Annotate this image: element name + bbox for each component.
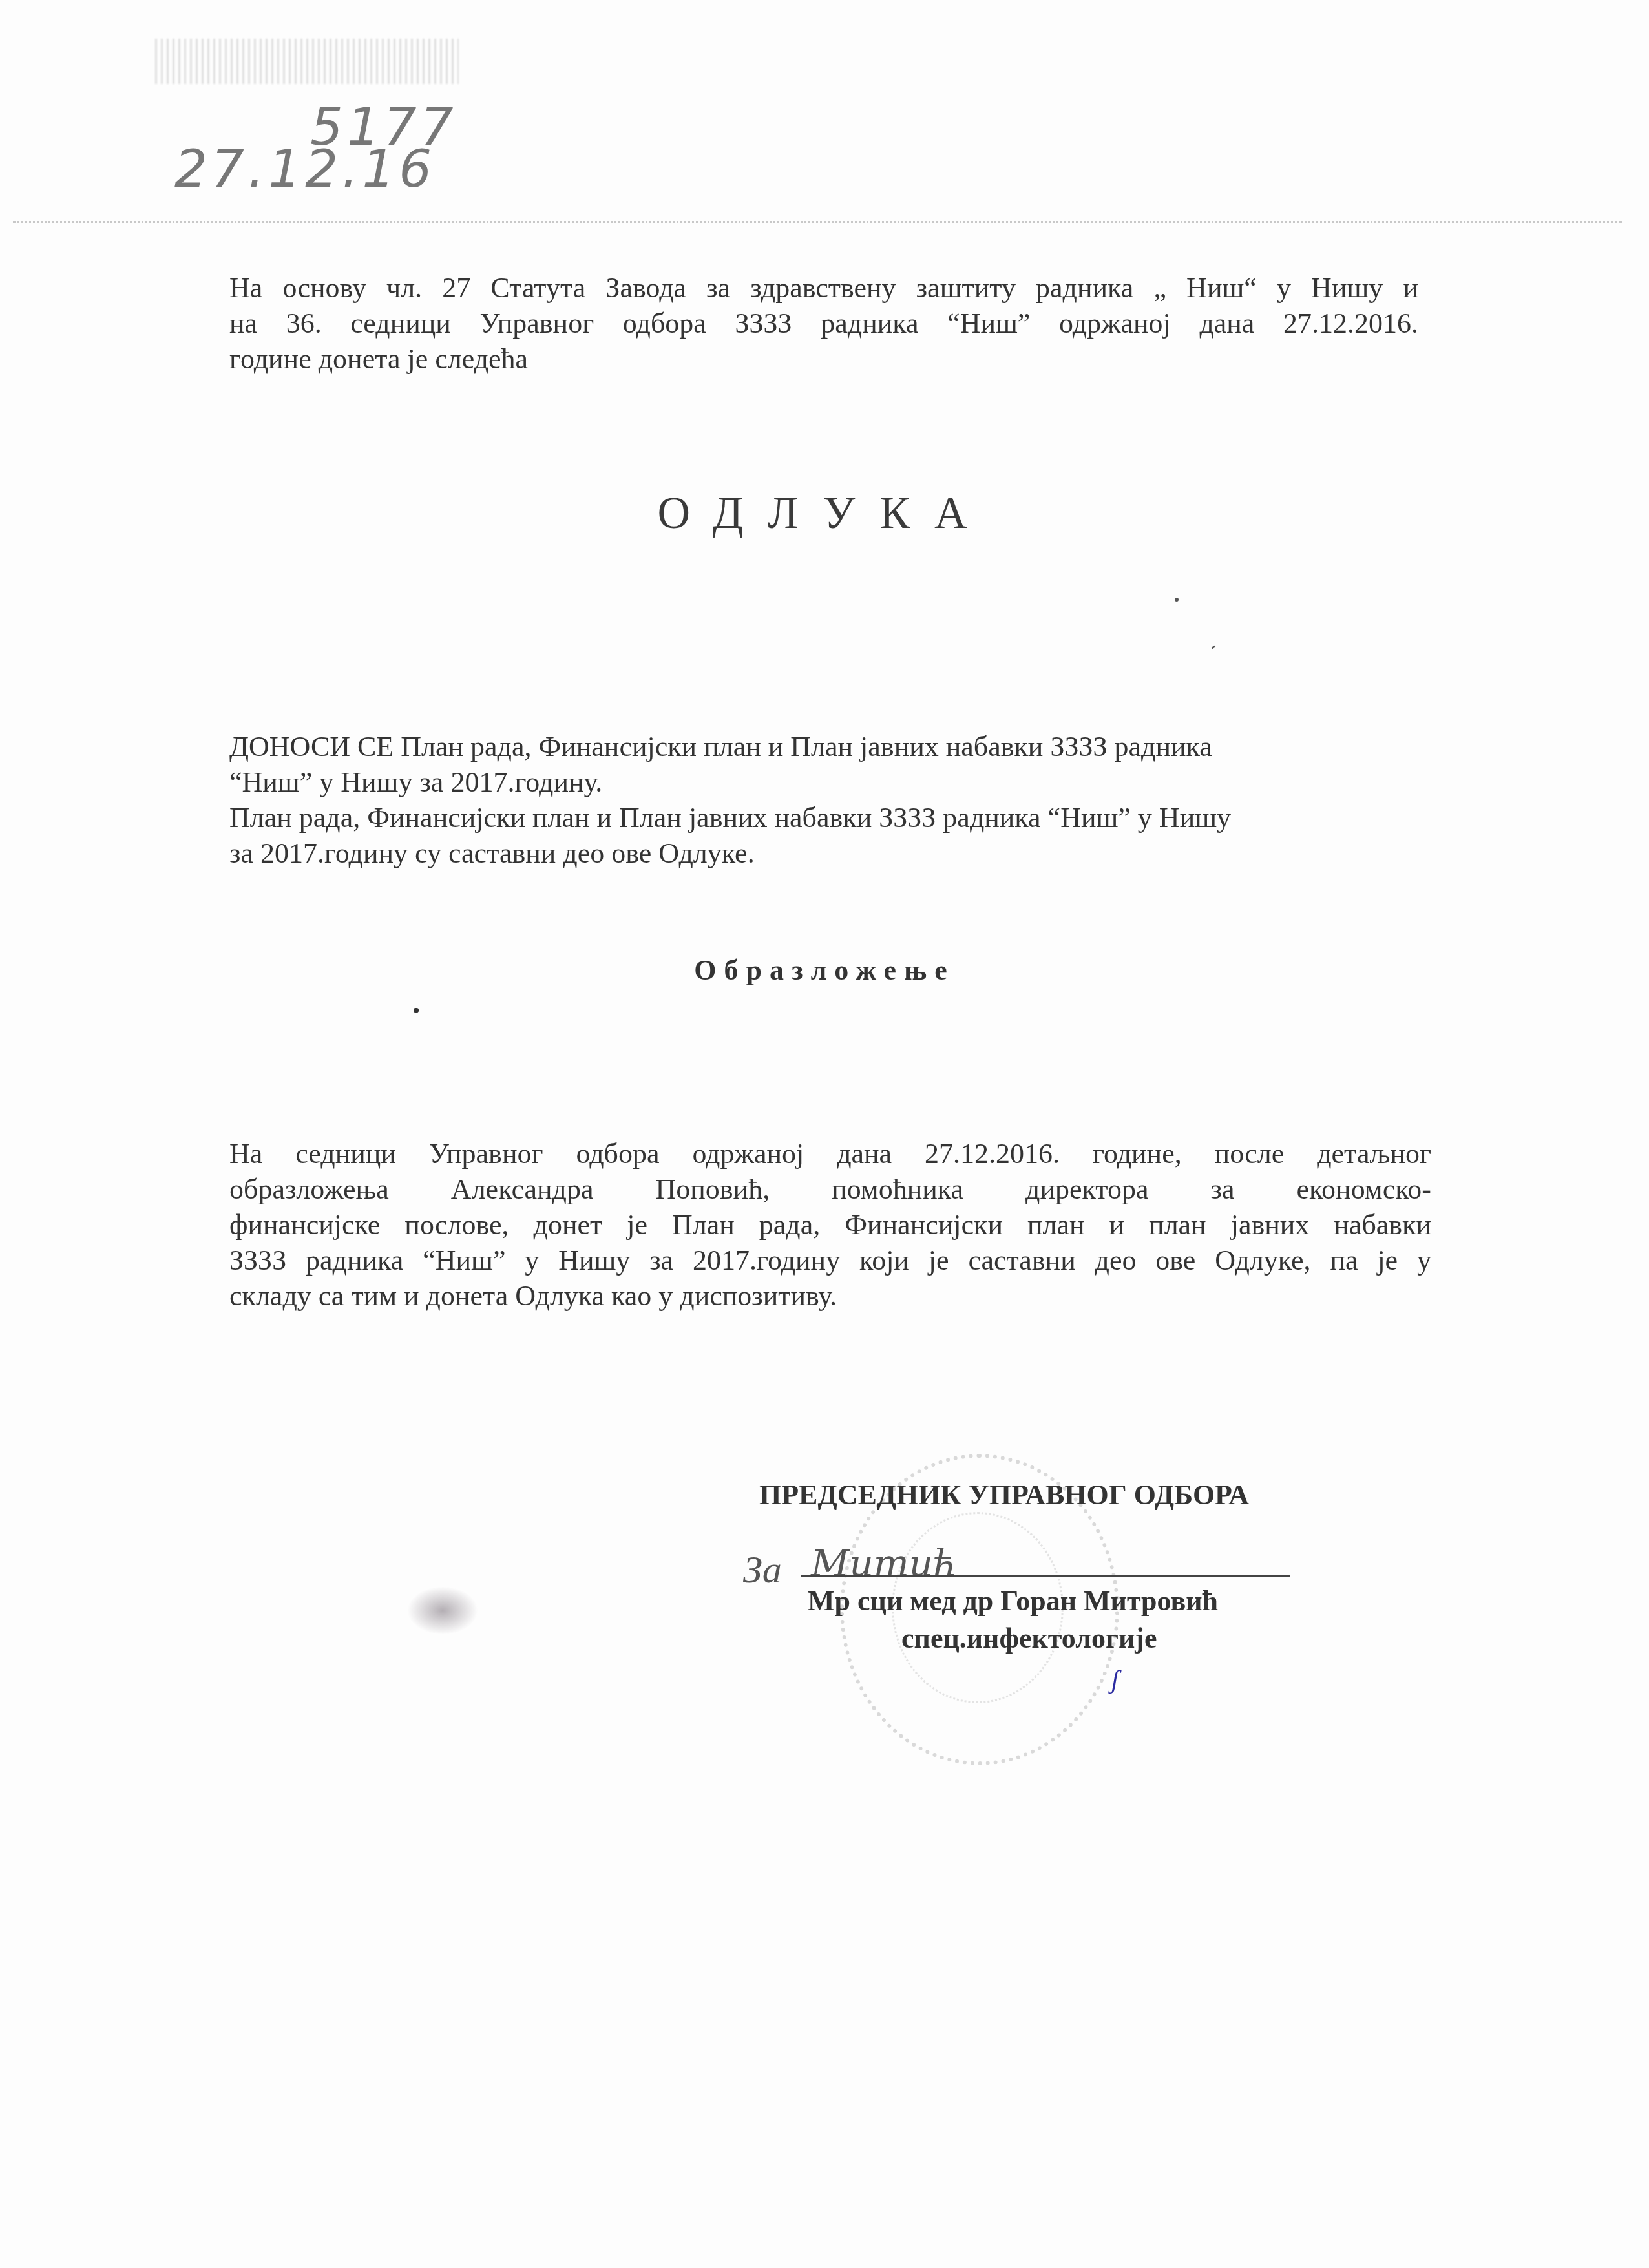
registry-stamp [155, 39, 459, 84]
explanation-line: финансијске послове, донет је План рада,… [229, 1207, 1431, 1243]
intro-line: на 36. седници Управног одбора ЗЗЗЗ радн… [229, 306, 1418, 341]
header-divider [13, 221, 1622, 223]
disposition-line: ДОНОСИ СЕ План рада, Финансијски план и … [229, 729, 1431, 764]
signature-prefix: За [743, 1548, 782, 1592]
disposition-line: “Ниш” у Нишу за 2017.годину. [229, 764, 1431, 800]
document-title: ОДЛУКА [0, 488, 1649, 540]
scan-smudge [407, 1586, 478, 1635]
explanation-line: ЗЗЗЗ радника “Ниш” у Нишу за 2017.годину… [229, 1243, 1431, 1278]
scan-speck [1212, 646, 1216, 649]
explanation-paragraph: На седници Управног одбора одржаној дана… [229, 1136, 1431, 1314]
signatory-specialty: спец.инфектологије [901, 1622, 1157, 1655]
intro-paragraph: На основу чл. 27 Статута Завода за здрав… [229, 270, 1418, 377]
explanation-heading: Образложење [0, 954, 1649, 987]
signatory-title: ПРЕДСЕДНИК УПРАВНОГ ОДБОРА [759, 1478, 1249, 1511]
disposition-line: План рада, Финансијски план и План јавни… [229, 800, 1431, 835]
disposition-line: за 2017.годину су саставни део ове Одлук… [229, 835, 1431, 871]
document-page: 5177 27.12.16 На основу чл. 27 Статута З… [0, 0, 1649, 2268]
intro-line: године донета је следећа [229, 341, 1418, 377]
explanation-line: образложења Александра Поповић, помоћник… [229, 1171, 1431, 1207]
handwritten-signature: Митић [811, 1541, 957, 1585]
scan-speck [414, 1008, 419, 1013]
signatory-name: Мр сци мед др Горан Митровић [808, 1584, 1218, 1617]
explanation-line: На седници Управног одбора одржаној дана… [229, 1136, 1431, 1171]
signature-line [801, 1575, 1290, 1577]
explanation-line: складу са тим и донета Одлука као у дисп… [229, 1278, 1431, 1314]
registry-date: 27.12.16 [174, 139, 436, 199]
disposition-paragraph: ДОНОСИ СЕ План рада, Финансијски план и … [229, 729, 1431, 871]
ink-mark: ʃ [1111, 1664, 1119, 1694]
intro-line: На основу чл. 27 Статута Завода за здрав… [229, 270, 1418, 306]
scan-speck [1175, 598, 1179, 602]
